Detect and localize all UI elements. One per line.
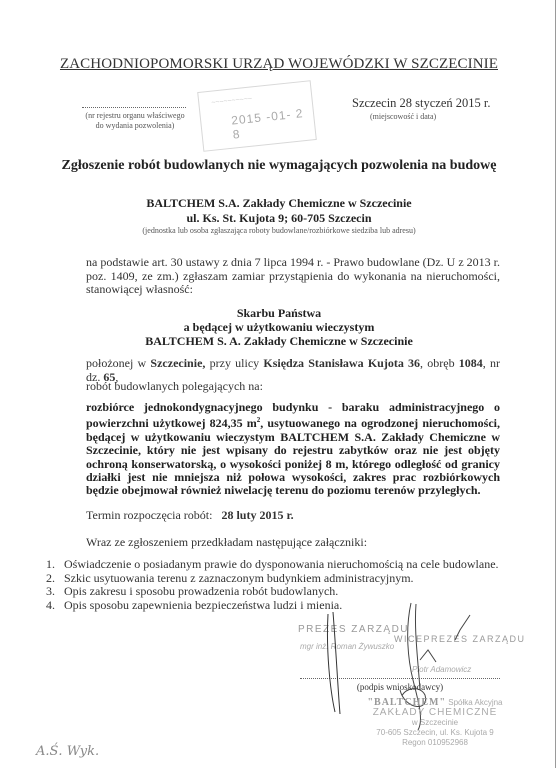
stamp-line4: 70-605 Szczecin, ul. Ks. Kujota 9 bbox=[310, 728, 558, 738]
handwritten-note: A.Ś. Wyk. bbox=[36, 744, 99, 759]
stamp-company-type: Spółka Akcyjna bbox=[446, 698, 502, 707]
stamp-line5: Regon 010952968 bbox=[310, 738, 558, 748]
handwritten-signatures-icon bbox=[0, 0, 558, 768]
stamp-line2: ZAKŁADY CHEMICZNE bbox=[310, 708, 558, 718]
company-stamp: "BALTCHEM" Spółka Akcyjna ZAKŁADY CHEMIC… bbox=[310, 698, 558, 748]
stamp-line3: w Szczecinie bbox=[310, 718, 558, 728]
